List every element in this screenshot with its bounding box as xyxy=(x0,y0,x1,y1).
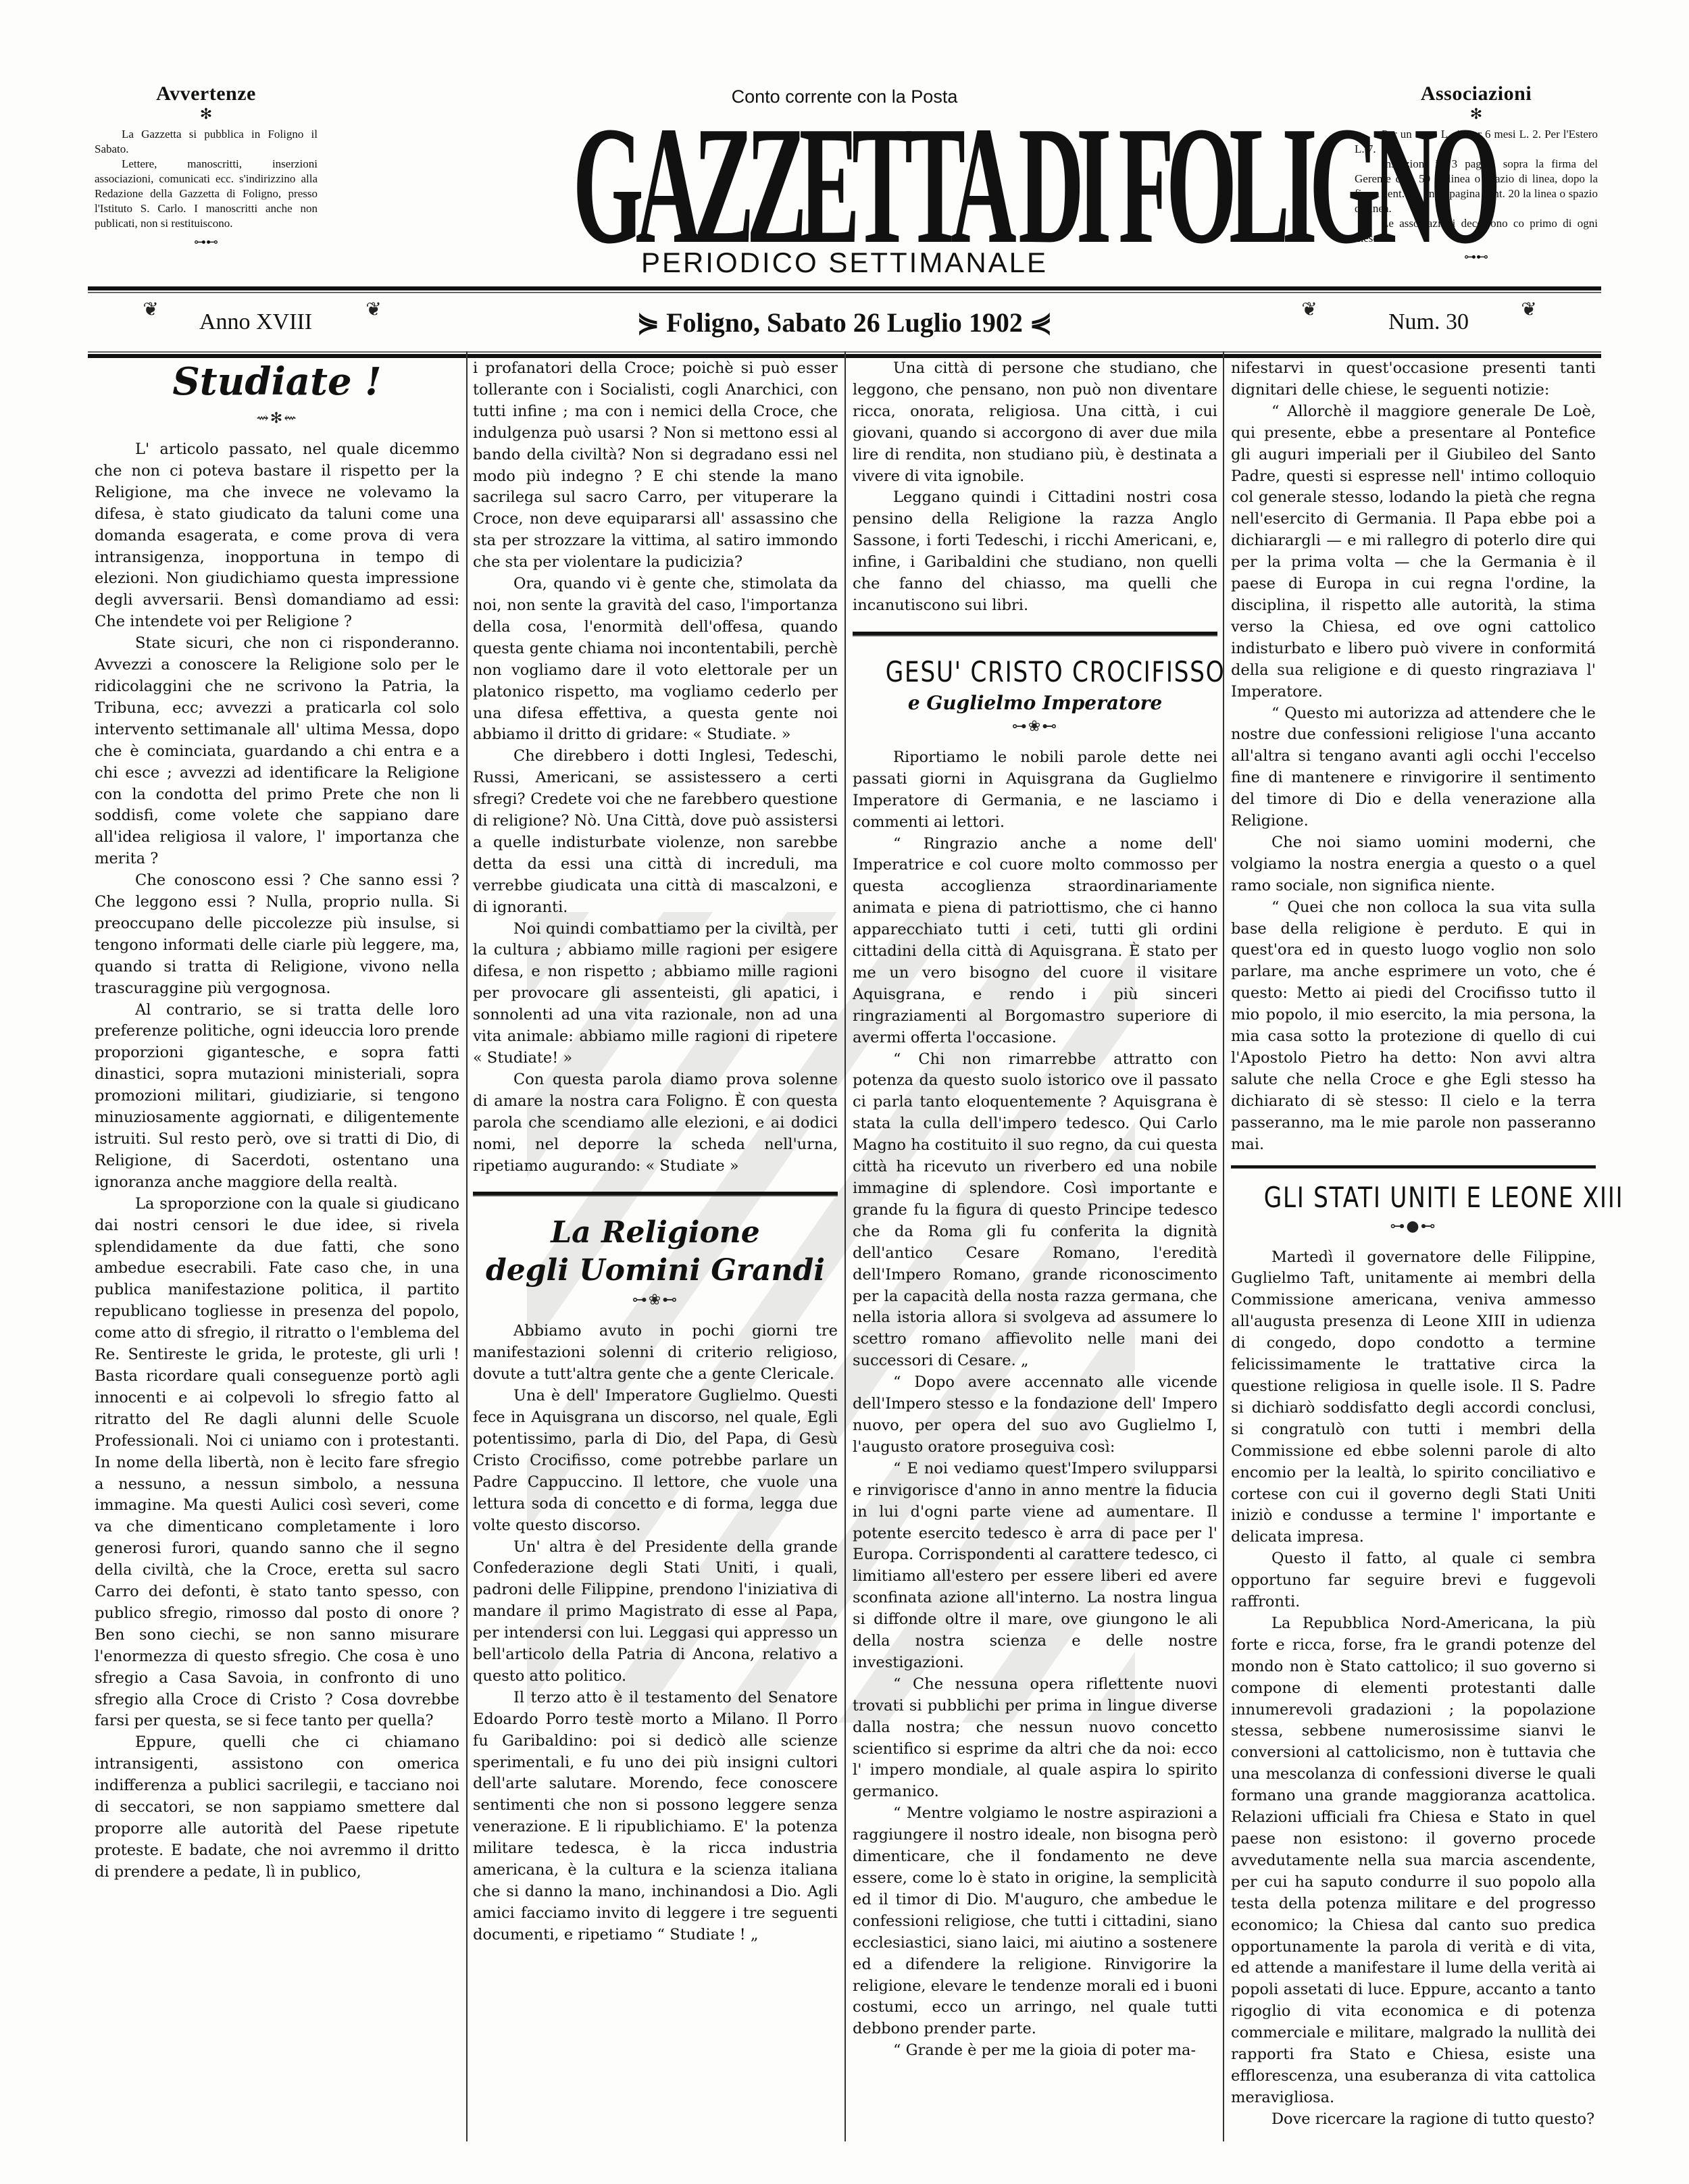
flourish-ornament-icon: ⊶⊷ xyxy=(1355,250,1598,264)
article-paragraph: “ Che nessuna opera riflettente nuovi tr… xyxy=(853,1674,1217,1803)
article-paragraph: “ Quei che non colloca la sua vita sulla… xyxy=(1231,897,1596,1156)
article-paragraph: Dove ricercare la ragione di tutto quest… xyxy=(1231,2109,1596,2131)
article-paragraph: Martedì il governatore delle Filippine, … xyxy=(1231,1247,1596,1549)
column-divider xyxy=(844,351,846,2141)
article-separator xyxy=(1231,1165,1596,1169)
article-subtitle-gesu: e Guglielmo Imperatore xyxy=(853,690,1217,716)
column-4: nifestarvi in quest'occasione presenti t… xyxy=(1231,358,1596,2131)
associazioni-box: Associazioni ✻ Per un anno L. 4. Per 6 m… xyxy=(1355,82,1598,264)
article-separator xyxy=(473,1192,838,1196)
article-paragraph: Eppure, quelli che ci chiamano intransig… xyxy=(95,1732,459,1883)
article-title-gesu: GESU' CRISTO CROCIFISSO xyxy=(886,654,1185,690)
avvertenze-box: Avvertenze ✻ La Gazzetta si pubblica in … xyxy=(95,82,318,249)
avvertenze-paragraph: Lettere, manoscritti, inserzioni associa… xyxy=(95,157,318,231)
divider-ornament-icon: ⊶●⊷ xyxy=(1231,1216,1596,1238)
article-paragraph: “ E noi vediamo quest'Impero svilupparsi… xyxy=(853,1458,1217,1674)
newspaper-title: GAZZETTA DI FOLIGNO xyxy=(573,115,1117,257)
article-paragraph: Il terzo atto è il testamento del Senato… xyxy=(473,1687,838,1946)
article-paragraph: Una è dell' Imperatore Guglielmo. Questi… xyxy=(473,1386,838,1536)
article-paragraph: Riportiamo le nobili parole dette nei pa… xyxy=(853,747,1217,834)
newspaper-page: Avvertenze ✻ La Gazzetta si pubblica in … xyxy=(0,0,1689,2184)
article-paragraph: Al contrario, se si tratta delle loro pr… xyxy=(95,1000,459,1194)
divider-ornament-icon: ⇝✻⇜ xyxy=(95,408,459,430)
associazioni-title: Associazioni xyxy=(1355,82,1598,105)
article-paragraph: Che direbbero i dotti Inglesi, Tedeschi,… xyxy=(473,746,838,918)
divider-ornament-icon: ⊶❀⊷ xyxy=(853,716,1217,738)
avvertenze-text: La Gazzetta si pubblica in Foligno il Sa… xyxy=(95,127,318,231)
article-paragraph: “ Questo mi autorizza ad attendere che l… xyxy=(1231,703,1596,832)
masthead-rule-top-thin xyxy=(88,292,1601,293)
article-paragraph: Che noi siamo uomini moderni, che volgia… xyxy=(1231,832,1596,897)
article-paragraph: “ Allorchè il maggiore generale De Loè, … xyxy=(1231,401,1596,703)
article-paragraph: Con questa parola diamo prova solenne di… xyxy=(473,1069,838,1177)
article-title-religione-line2: degli Uomini Grandi xyxy=(473,1252,838,1290)
article-paragraph: L' articolo passato, nel quale dicemmo c… xyxy=(95,439,459,633)
article-paragraph: State sicuri, che non ci risponderanno. … xyxy=(95,633,459,870)
column-divider xyxy=(466,351,468,2141)
article-paragraph: “ Dopo avere accennato alle vicende dell… xyxy=(853,1372,1217,1458)
divider-ornament-icon: ⊶❀⊷ xyxy=(473,1290,838,1311)
article-paragraph: i profanatori della Croce; poichè si può… xyxy=(473,358,838,574)
leaf-ornament-icon: ❦ xyxy=(1301,303,1318,345)
article-paragraph: La Repubblica Nord-Americana, la più for… xyxy=(1231,1613,1596,2109)
associazioni-text: Per un anno L. 4. Per 6 mesi L. 2. Per l… xyxy=(1355,127,1598,246)
article-paragraph: “ Chi non rimarrebbe attratto con potenz… xyxy=(853,1049,1217,1373)
star-ornament-icon: ✻ xyxy=(95,107,318,123)
associazioni-paragraph: Per un anno L. 4. Per 6 mesi L. 2. Per l… xyxy=(1355,127,1598,157)
article-paragraph: Una città di persone che studiano, che l… xyxy=(853,358,1217,487)
article-separator xyxy=(853,632,1217,636)
article-paragraph: Abbiamo avuto in pochi giorni tre manife… xyxy=(473,1321,838,1386)
column-2: i profanatori della Croce; poichè si può… xyxy=(473,358,838,1946)
associazioni-paragraph: Le associazioni decorrono co primo di og… xyxy=(1355,216,1598,246)
article-paragraph: Leggano quindi i Cittadini nostri cosa p… xyxy=(853,487,1217,616)
column-1: Studiate ! ⇝✻⇜ L' articolo passato, nel … xyxy=(95,358,459,1883)
article-paragraph: Noi quindi combattiamo per la civiltà, p… xyxy=(473,919,838,1069)
avvertenze-paragraph: La Gazzetta si pubblica in Foligno il Sa… xyxy=(95,127,318,157)
article-paragraph: “ Ringrazio anche a nome dell' Imperatri… xyxy=(853,834,1217,1049)
article-paragraph: “ Grande è per me la gioia di poter ma- xyxy=(853,2040,1217,2062)
article-paragraph: Un' altra è del Presidente della grande … xyxy=(473,1537,838,1687)
column-3: Una città di persone che studiano, che l… xyxy=(853,358,1217,2062)
article-paragraph: Ora, quando vi è gente che, stimolata da… xyxy=(473,574,838,746)
article-title-religione: La Religione xyxy=(473,1214,838,1252)
article-paragraph: Che conoscono essi ? Che sanno essi ? Ch… xyxy=(95,870,459,999)
article-paragraph: nifestarvi in quest'occasione presenti t… xyxy=(1231,358,1596,401)
issue-date: ⋟ Foligno, Sabato 26 Luglio 1902 ⋞ xyxy=(88,307,1601,338)
column-divider xyxy=(1223,351,1224,2141)
article-title-studiate: Studiate ! xyxy=(95,358,459,405)
star-ornament-icon: ✻ xyxy=(1355,107,1598,123)
article-title-stati-uniti: GLI STATI UNITI E LEONE XIII xyxy=(1264,1179,1563,1216)
article-paragraph: “ Mentre volgiamo le nostre aspirazioni … xyxy=(853,1803,1217,2040)
leaf-ornament-icon: ❦ xyxy=(1520,303,1538,345)
issue-number: Num. 30 xyxy=(1388,309,1469,335)
article-paragraph: La sproporzione con la quale si giudican… xyxy=(95,1194,459,1733)
article-paragraph: Questo il fatto, al quale ci sembra oppo… xyxy=(1231,1548,1596,1613)
associazioni-paragraph: Inserzioni in 3 pagina sopra la firma de… xyxy=(1355,157,1598,216)
masthead-rule-top xyxy=(88,286,1601,290)
date-bar: ❦ Anno XVIII ❦ ⋟ Foligno, Sabato 26 Lugl… xyxy=(88,297,1601,350)
